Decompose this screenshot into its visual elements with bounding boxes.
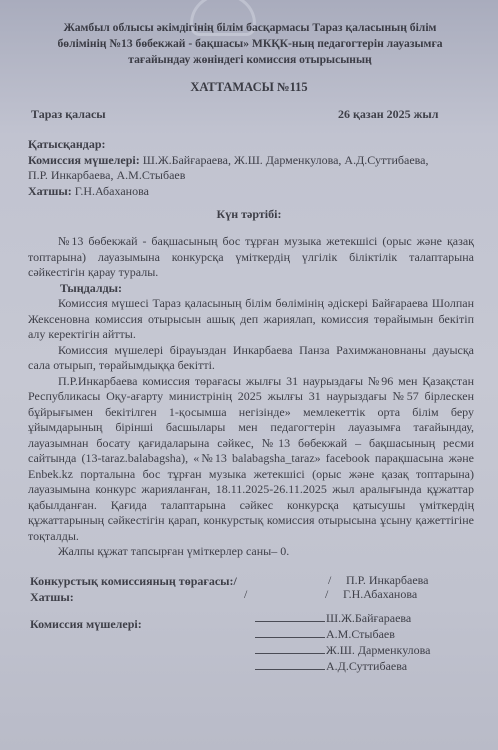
secretary-line: Хатшы: Г.Н.Абаханова (28, 184, 468, 200)
member-name: Ш.Ж.Байғараева (326, 611, 411, 625)
document-title: ХАТТАМАСЫ №115 (0, 80, 498, 95)
secretary-value: Г.Н.Абаханова (72, 184, 149, 198)
participants-heading: Қатысқандар: (28, 137, 468, 153)
members-label: Комиссия мүшелері: (28, 153, 140, 167)
header-line-2: бөлімінің №13 бөбекжай - бақшасы» МКҚК-н… (30, 36, 470, 52)
header-line-1: Жамбыл облысы әкімдігінің білім басқарма… (30, 20, 470, 36)
document-page: Жамбыл облысы әкімдігінің білім басқарма… (0, 0, 498, 750)
heard-title: Тыңдалды: (28, 281, 474, 297)
agenda-title: Күн тәртібі: (0, 207, 498, 222)
members-line: Комиссия мүшелері: Ш.Ж.Байғараева, Ж.Ш. … (28, 153, 468, 169)
document-date: 26 қазан 2025 жыл (338, 107, 438, 122)
secretary-label: Хатшы: (28, 184, 72, 198)
signature-line (255, 658, 325, 670)
chair-slash: / (328, 573, 331, 588)
members-sign-label: Комиссия мүшелері: (30, 617, 142, 632)
members-line-2: П.Р. Инкарбаева, А.М.Стыбаев (28, 168, 468, 184)
member-signature-row: Ш.Ж.Байғараева (255, 610, 430, 626)
member-name: А.Д.Суттибаева (326, 659, 407, 673)
document-header: Жамбыл облысы әкімдігінің білім басқарма… (30, 20, 470, 68)
members-signature-list: Ш.Ж.Байғараева А.М.Стыбаев Ж.Ш. Дарменку… (255, 610, 430, 674)
member-signature-row: А.М.Стыбаев (255, 626, 430, 642)
heard-paragraph-1: Комиссия мүшесі Тараз қаласының білім бө… (28, 296, 474, 343)
heard-paragraph-4: Жалпы құжат тапсырған үміткерлер саны– 0… (28, 544, 474, 560)
member-name: А.М.Стыбаев (326, 627, 395, 641)
member-signature-row: А.Д.Суттибаева (255, 658, 430, 674)
signature-line (255, 626, 325, 638)
member-signature-row: Ж.Ш. Дарменкулова (255, 642, 430, 658)
secretary-slash-1: / (244, 587, 247, 602)
agenda-text: №13 бөбекжай - бақшасының бос тұрған муз… (28, 234, 474, 281)
secretary-slash-2: / (325, 587, 328, 602)
secretary-sign-name: Г.Н.Абаханова (343, 587, 417, 602)
agenda-body: №13 бөбекжай - бақшасының бос тұрған муз… (28, 234, 474, 560)
participants-section: Қатысқандар: Комиссия мүшелері: Ш.Ж.Байғ… (28, 137, 468, 199)
members-value: Ш.Ж.Байғараева, Ж.Ш. Дарменкулова, А.Д.С… (140, 153, 429, 167)
document-place: Тараз қаласы (31, 107, 106, 122)
heard-paragraph-2: Комиссия мүшелері бірауыздан Инкарбаева … (28, 343, 474, 374)
header-line-3: тағайындау жөніндегі комиссия отырысының (30, 52, 470, 68)
signature-line (255, 610, 325, 622)
chair-label: Конкурстық комиссияның төрағасы:/ (30, 574, 237, 589)
heard-paragraph-3: П.Р.Инкарбаева комиссия төрағасы жылғы 3… (28, 374, 474, 545)
member-name: Ж.Ш. Дарменкулова (326, 643, 430, 657)
signature-line (255, 642, 325, 654)
chair-name: П.Р. Инкарбаева (346, 573, 429, 588)
secretary-sign-label: Хатшы: (30, 590, 74, 605)
